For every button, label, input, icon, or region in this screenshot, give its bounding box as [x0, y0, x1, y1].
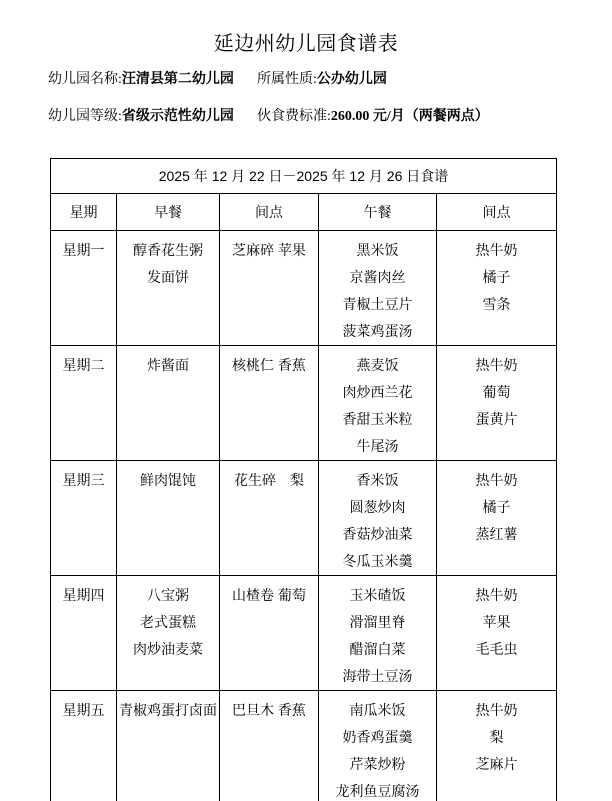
cell-tuesday-snack2: 热牛奶 葡萄 蛋黄片 — [437, 346, 557, 461]
date-header: 2025 年 12 月 22 日－2025 年 12 月 26 日食谱 — [51, 159, 557, 194]
row-thursday: 星期四 八宝粥 老式蛋糕 肉炒油麦菜 山楂卷 葡萄 玉米碴饭 滑溜里脊 醋溜白菜… — [51, 576, 557, 691]
cell-wednesday-day: 星期三 — [51, 461, 117, 576]
grade-value: 省级示范性幼儿园 — [122, 109, 234, 124]
name-label: 幼儿园名称: — [48, 72, 122, 87]
row-friday: 星期五 青椒鸡蛋打卤面 巴旦木 香蕉 南瓜米饭 奶香鸡蛋羹 芹菜炒粉 龙利鱼豆腐… — [51, 691, 557, 801]
fee-value: 260.00 元/月（两餐两点） — [331, 109, 489, 124]
col-header-breakfast: 早餐 — [117, 194, 220, 231]
cell-wednesday-snack2: 热牛奶 橘子 蒸红薯 — [437, 461, 557, 576]
kindergarten-info: 幼儿园名称:汪清县第二幼儿园所属性质:公办幼儿园 幼儿园等级:省级示范性幼儿园伙… — [48, 70, 612, 127]
nature-value: 公办幼儿园 — [317, 72, 387, 87]
info-line-2: 幼儿园等级:省级示范性幼儿园伙食费标准:260.00 元/月（两餐两点） — [48, 107, 612, 127]
col-header-lunch: 午餐 — [319, 194, 437, 231]
page-title: 延边州幼儿园食谱表 — [0, 33, 612, 55]
cell-tuesday-snack1: 核桃仁 香蕉 — [220, 346, 319, 461]
cell-thursday-snack1: 山楂卷 葡萄 — [220, 576, 319, 691]
nature-label: 所属性质: — [257, 72, 317, 87]
cell-friday-breakfast: 青椒鸡蛋打卤面 — [117, 691, 220, 801]
menu-table: 2025 年 12 月 22 日－2025 年 12 月 26 日食谱 星期 早… — [50, 158, 557, 801]
cell-friday-day: 星期五 — [51, 691, 117, 801]
cell-wednesday-lunch: 香米饭 圆葱炒肉 香菇炒油菜 冬瓜玉米羹 — [319, 461, 437, 576]
cell-monday-snack1: 芝麻碎 苹果 — [220, 231, 319, 346]
nature-pair: 所属性质:公办幼儿园 — [257, 72, 387, 87]
date-header-row: 2025 年 12 月 22 日－2025 年 12 月 26 日食谱 — [51, 159, 557, 194]
cell-tuesday-day: 星期二 — [51, 346, 117, 461]
cell-thursday-snack2: 热牛奶 苹果 毛毛虫 — [437, 576, 557, 691]
row-monday: 星期一 醇香花生粥 发面饼 芝麻碎 苹果 黑米饭 京酱肉丝 青椒土豆片 菠菜鸡蛋… — [51, 231, 557, 346]
cell-monday-lunch: 黑米饭 京酱肉丝 青椒土豆片 菠菜鸡蛋汤 — [319, 231, 437, 346]
cell-monday-breakfast: 醇香花生粥 发面饼 — [117, 231, 220, 346]
grade-label: 幼儿园等级: — [48, 109, 122, 124]
col-header-snack2: 间点 — [437, 194, 557, 231]
cell-friday-snack2: 热牛奶 梨 芝麻片 — [437, 691, 557, 801]
row-tuesday: 星期二 炸酱面 核桃仁 香蕉 燕麦饭 肉炒西兰花 香甜玉米粒 牛尾汤 热牛奶 葡… — [51, 346, 557, 461]
cell-tuesday-breakfast: 炸酱面 — [117, 346, 220, 461]
cell-monday-day: 星期一 — [51, 231, 117, 346]
cell-monday-snack2: 热牛奶 橘子 雪条 — [437, 231, 557, 346]
cell-friday-snack1: 巴旦木 香蕉 — [220, 691, 319, 801]
col-header-day: 星期 — [51, 194, 117, 231]
name-value: 汪清县第二幼儿园 — [122, 72, 234, 87]
row-wednesday: 星期三 鲜肉馄饨 花生碎 梨 香米饭 圆葱炒肉 香菇炒油菜 冬瓜玉米羹 热牛奶 … — [51, 461, 557, 576]
cell-thursday-breakfast: 八宝粥 老式蛋糕 肉炒油麦菜 — [117, 576, 220, 691]
grade-pair: 幼儿园等级:省级示范性幼儿园 — [48, 107, 257, 127]
name-pair: 幼儿园名称:汪清县第二幼儿园 — [48, 70, 257, 90]
info-line-1: 幼儿园名称:汪清县第二幼儿园所属性质:公办幼儿园 — [48, 70, 612, 90]
cell-thursday-day: 星期四 — [51, 576, 117, 691]
fee-label: 伙食费标准: — [257, 109, 331, 124]
col-header-snack1: 间点 — [220, 194, 319, 231]
fee-pair: 伙食费标准:260.00 元/月（两餐两点） — [257, 109, 489, 124]
cell-thursday-lunch: 玉米碴饭 滑溜里脊 醋溜白菜 海带土豆汤 — [319, 576, 437, 691]
column-header-row: 星期 早餐 间点 午餐 间点 — [51, 194, 557, 231]
cell-tuesday-lunch: 燕麦饭 肉炒西兰花 香甜玉米粒 牛尾汤 — [319, 346, 437, 461]
cell-friday-lunch: 南瓜米饭 奶香鸡蛋羹 芹菜炒粉 龙利鱼豆腐汤 — [319, 691, 437, 801]
cell-wednesday-snack1: 花生碎 梨 — [220, 461, 319, 576]
cell-wednesday-breakfast: 鲜肉馄饨 — [117, 461, 220, 576]
